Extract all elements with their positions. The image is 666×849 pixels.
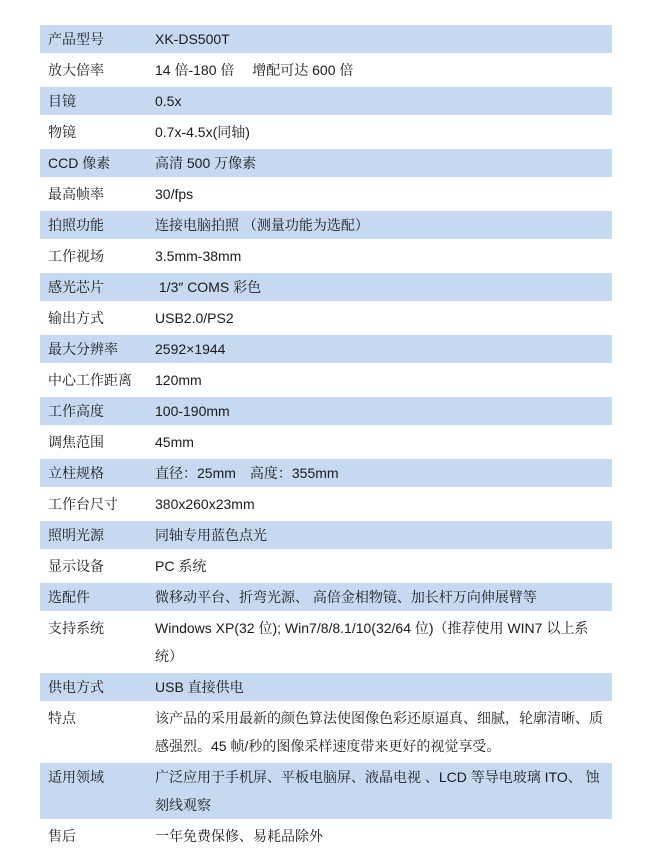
- spec-value: 14 倍-180 倍 增配可达 600 倍: [148, 56, 612, 84]
- spec-value: 0.7x-4.5x(同轴): [148, 118, 612, 146]
- spec-label: 调焦范围: [40, 428, 148, 456]
- spec-label: 目镜: [40, 87, 148, 115]
- table-row: 供电方式 USB 直接供电: [40, 673, 612, 701]
- spec-value: USB2.0/PS2: [148, 304, 612, 332]
- spec-label: 供电方式: [40, 673, 148, 701]
- spec-label: 输出方式: [40, 304, 148, 332]
- table-row: 调焦范围 45mm: [40, 428, 612, 456]
- spec-label: 显示设备: [40, 552, 148, 580]
- spec-value: USB 直接供电: [148, 673, 612, 701]
- spec-label: 售后: [40, 822, 148, 849]
- spec-value: Windows XP(32 位); Win7/8/8.1/10(32/64 位)…: [148, 614, 612, 670]
- table-row: 产品型号 XK-DS500T: [40, 25, 612, 53]
- spec-value: 该产品的采用最新的颜色算法使图像色彩还原逼真、细腻，轮廓清晰、质感强烈。45 帧…: [148, 704, 612, 760]
- spec-label: 中心工作距离: [40, 366, 148, 394]
- spec-table: 产品型号 XK-DS500T 放大倍率 14 倍-180 倍 增配可达 600 …: [40, 25, 612, 849]
- table-row: 工作视场 3.5mm-38mm: [40, 242, 612, 270]
- spec-label: CCD 像素: [40, 149, 148, 177]
- spec-label: 适用领域: [40, 763, 148, 791]
- spec-label: 产品型号: [40, 25, 148, 53]
- table-row: 选配件 微移动平台、折弯光源、 高倍金相物镜、加长杆万向伸展臂等: [40, 583, 612, 611]
- spec-value: 45mm: [148, 428, 612, 456]
- table-row: 最大分辨率 2592×1944: [40, 335, 612, 363]
- spec-value: 直径：25mm 高度：355mm: [148, 459, 612, 487]
- spec-value: 一年免费保修、易耗品除外: [148, 822, 612, 849]
- spec-label: 工作高度: [40, 397, 148, 425]
- spec-label: 最大分辨率: [40, 335, 148, 363]
- table-row: 照明光源 同轴专用蓝色点光: [40, 521, 612, 549]
- spec-value: 2592×1944: [148, 335, 612, 363]
- spec-value: 1/3″ COMS 彩色: [148, 273, 612, 301]
- spec-sheet-page: 产品型号 XK-DS500T 放大倍率 14 倍-180 倍 增配可达 600 …: [0, 0, 666, 849]
- spec-label: 特点: [40, 704, 148, 732]
- table-row: CCD 像素 高清 500 万像素: [40, 149, 612, 177]
- table-row: 放大倍率 14 倍-180 倍 增配可达 600 倍: [40, 56, 612, 84]
- spec-value: 0.5x: [148, 87, 612, 115]
- spec-label: 拍照功能: [40, 211, 148, 239]
- spec-label: 最高帧率: [40, 180, 148, 208]
- spec-label: 照明光源: [40, 521, 148, 549]
- table-row: 感光芯片 1/3″ COMS 彩色: [40, 273, 612, 301]
- spec-value: 连接电脑拍照 （测量功能为选配）: [148, 211, 612, 239]
- spec-label: 选配件: [40, 583, 148, 611]
- spec-label: 工作视场: [40, 242, 148, 270]
- table-row: 物镜 0.7x-4.5x(同轴): [40, 118, 612, 146]
- table-row: 拍照功能 连接电脑拍照 （测量功能为选配）: [40, 211, 612, 239]
- table-row: 适用领域 广泛应用于手机屏、平板电脑屏、液晶电视 、LCD 等导电玻璃 ITO、…: [40, 763, 612, 819]
- spec-value: 广泛应用于手机屏、平板电脑屏、液晶电视 、LCD 等导电玻璃 ITO、 蚀刻线观…: [148, 763, 612, 819]
- spec-value: 380x260x23mm: [148, 490, 612, 518]
- spec-value: 120mm: [148, 366, 612, 394]
- table-row: 显示设备 PC 系统: [40, 552, 612, 580]
- spec-value: 30/fps: [148, 180, 612, 208]
- table-row: 输出方式 USB2.0/PS2: [40, 304, 612, 332]
- spec-value: 同轴专用蓝色点光: [148, 521, 612, 549]
- spec-value: 微移动平台、折弯光源、 高倍金相物镜、加长杆万向伸展臂等: [148, 583, 612, 611]
- table-row: 最高帧率 30/fps: [40, 180, 612, 208]
- spec-label: 立柱规格: [40, 459, 148, 487]
- table-row: 售后 一年免费保修、易耗品除外: [40, 822, 612, 849]
- table-row: 中心工作距离 120mm: [40, 366, 612, 394]
- table-row: 工作高度 100-190mm: [40, 397, 612, 425]
- spec-label: 物镜: [40, 118, 148, 146]
- spec-label: 放大倍率: [40, 56, 148, 84]
- table-row: 目镜 0.5x: [40, 87, 612, 115]
- spec-label: 感光芯片: [40, 273, 148, 301]
- spec-value: 3.5mm-38mm: [148, 242, 612, 270]
- table-row: 支持系统 Windows XP(32 位); Win7/8/8.1/10(32/…: [40, 614, 612, 670]
- spec-label: 工作台尺寸: [40, 490, 148, 518]
- spec-value: XK-DS500T: [148, 25, 612, 53]
- spec-value: 高清 500 万像素: [148, 149, 612, 177]
- spec-label: 支持系统: [40, 614, 148, 642]
- spec-value: PC 系统: [148, 552, 612, 580]
- spec-value: 100-190mm: [148, 397, 612, 425]
- table-row: 特点 该产品的采用最新的颜色算法使图像色彩还原逼真、细腻，轮廓清晰、质感强烈。4…: [40, 704, 612, 760]
- table-row: 立柱规格 直径：25mm 高度：355mm: [40, 459, 612, 487]
- table-row: 工作台尺寸 380x260x23mm: [40, 490, 612, 518]
